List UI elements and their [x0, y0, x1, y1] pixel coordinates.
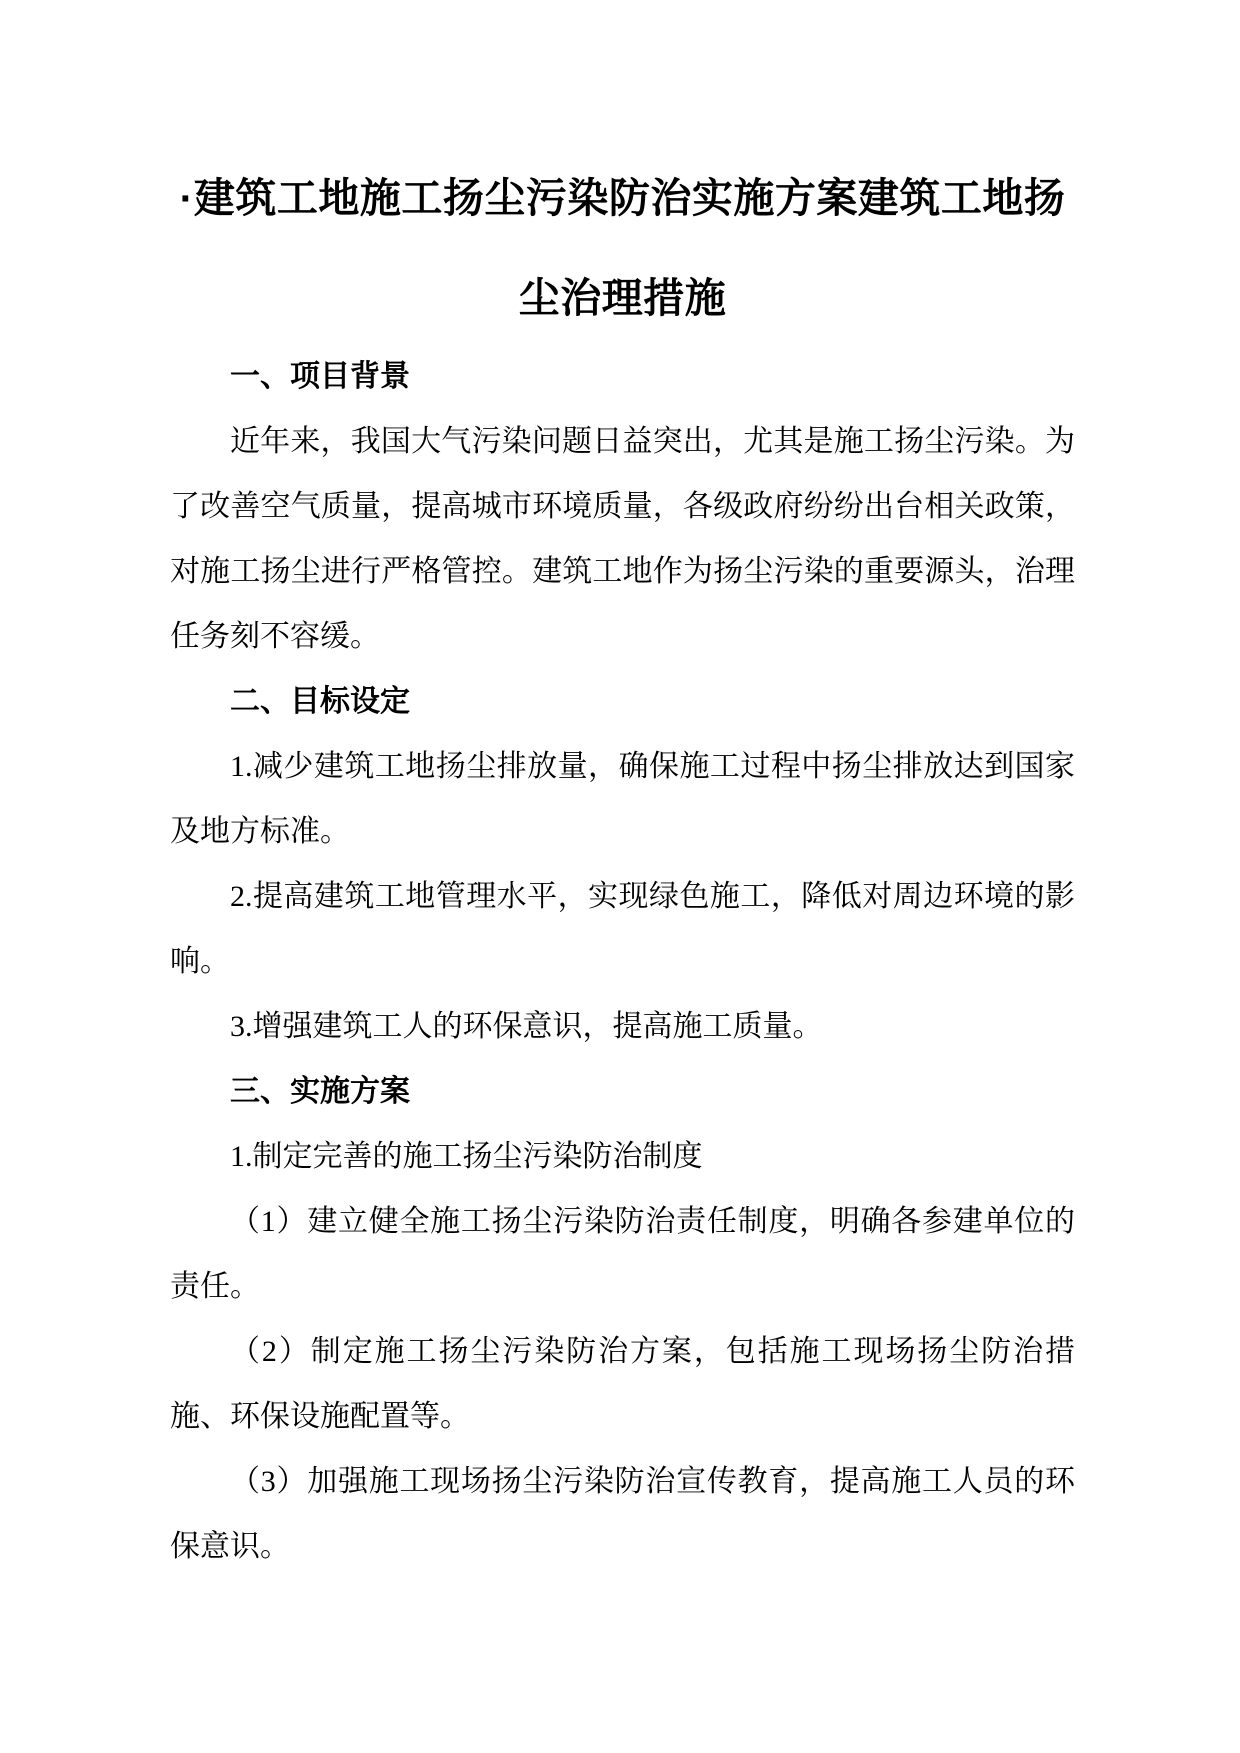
paragraph-plan-sub-3: （3）加强施工现场扬尘污染防治宣传教育，提高施工人员的环保意识。	[170, 1449, 1075, 1579]
paragraph-plan-sub-2: （2）制定施工扬尘污染防治方案，包括施工现场扬尘防治措施、环保设施配置等。	[170, 1319, 1075, 1449]
document-page: ·建筑工地施工扬尘污染防治实施方案建筑工地扬尘治理措施 一、项目背景 近年来，我…	[0, 0, 1240, 1753]
paragraph-goal-1: 1.减少建筑工地扬尘排放量，确保施工过程中扬尘排放达到国家及地方标准。	[170, 734, 1075, 864]
paragraph-background-body: 近年来，我国大气污染问题日益突出，尤其是施工扬尘污染。为了改善空气质量，提高城市…	[170, 409, 1075, 669]
paragraph-goal-3: 3.增强建筑工人的环保意识，提高施工质量。	[170, 994, 1075, 1059]
section-project-background: 一、项目背景 近年来，我国大气污染问题日益突出，尤其是施工扬尘污染。为了改善空气…	[170, 344, 1075, 669]
document-title: ·建筑工地施工扬尘污染防治实施方案建筑工地扬尘治理措施	[170, 148, 1075, 348]
paragraph-goal-2: 2.提高建筑工地管理水平，实现绿色施工，降低对周边环境的影响。	[170, 864, 1075, 994]
section-heading-project-background: 一、项目背景	[170, 344, 1075, 409]
section-goal-setting: 二、目标设定 1.减少建筑工地扬尘排放量，确保施工过程中扬尘排放达到国家及地方标…	[170, 669, 1075, 1059]
section-heading-implementation-plan: 三、实施方案	[170, 1059, 1075, 1124]
paragraph-plan-sub-1: （1）建立健全施工扬尘污染防治责任制度，明确各参建单位的责任。	[170, 1189, 1075, 1319]
section-heading-goal-setting: 二、目标设定	[170, 669, 1075, 734]
paragraph-plan-item-1: 1.制定完善的施工扬尘污染防治制度	[170, 1124, 1075, 1189]
section-implementation-plan: 三、实施方案 1.制定完善的施工扬尘污染防治制度 （1）建立健全施工扬尘污染防治…	[170, 1059, 1075, 1579]
